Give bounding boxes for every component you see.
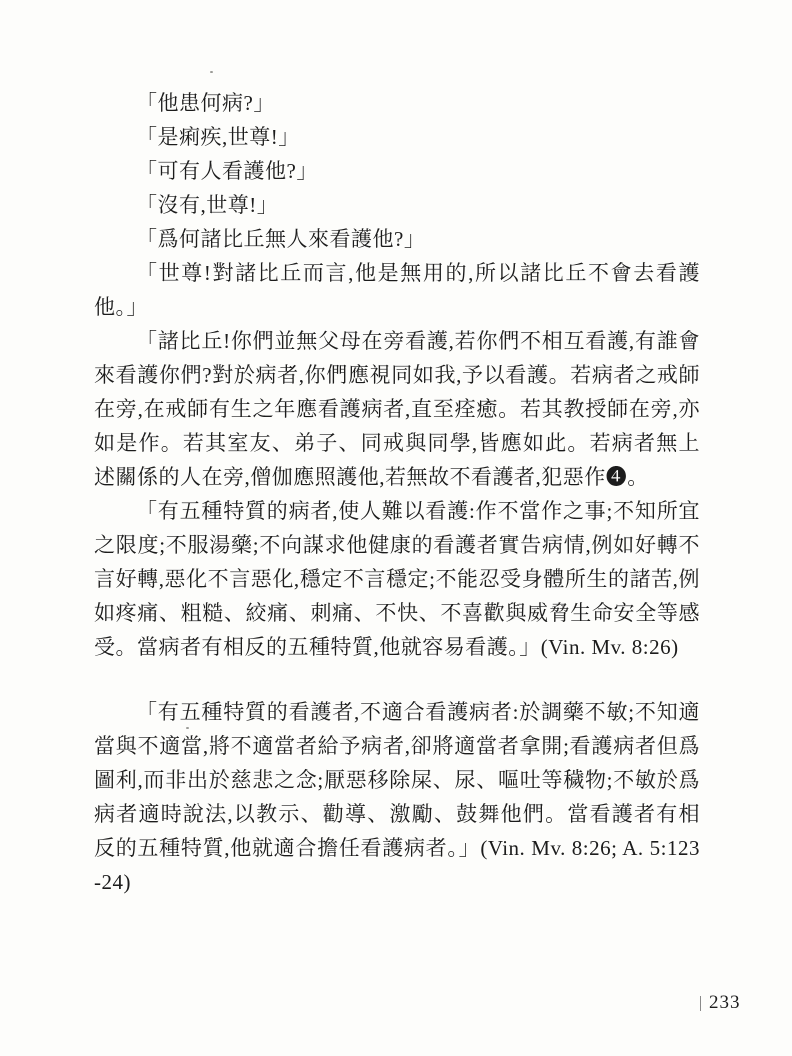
dialogue-line-4: 「沒有,世尊!」 [94, 188, 700, 222]
paragraph-five-qualities-nurse: 「有五種特質的看護者,不適合看護病者:於調藥不敏;不知適當與不適當,將不適當者給… [94, 695, 700, 899]
paragraph-reply: 「世尊!對諸比丘而言,他是無用的,所以諸比丘不會去看護他。」 [94, 256, 700, 324]
scan-speck [210, 71, 213, 73]
paragraph-admonition-with-footnote: 「諸比丘!你們並無父母在旁看護,若你們不相互看護,有誰會來看護你們?對於病者,你… [94, 324, 700, 494]
dialogue-line-2: 「是痢疾,世尊!」 [94, 120, 700, 154]
dialogue-line-5: 「爲何諸比丘無人來看護他?」 [94, 222, 700, 256]
page-number-rule [700, 996, 701, 1011]
book-page: 「他患何病?」 「是痢疾,世尊!」 「可有人看護他?」 「沒有,世尊!」 「爲何… [0, 0, 792, 1056]
page-footer: 233 [700, 992, 741, 1014]
paragraph-five-qualities-patient: 「有五種特質的病者,使人難以看護:作不當作之事;不知所宜之限度;不服湯藥;不向謀… [94, 494, 700, 664]
page-number: 233 [709, 992, 741, 1014]
dialogue-line-1: 「他患何病?」 [94, 86, 700, 120]
page-text: 「他患何病?」 「是痢疾,世尊!」 「可有人看護他?」 「沒有,世尊!」 「爲何… [94, 86, 700, 899]
dialogue-line-3: 「可有人看護他?」 [94, 154, 700, 188]
